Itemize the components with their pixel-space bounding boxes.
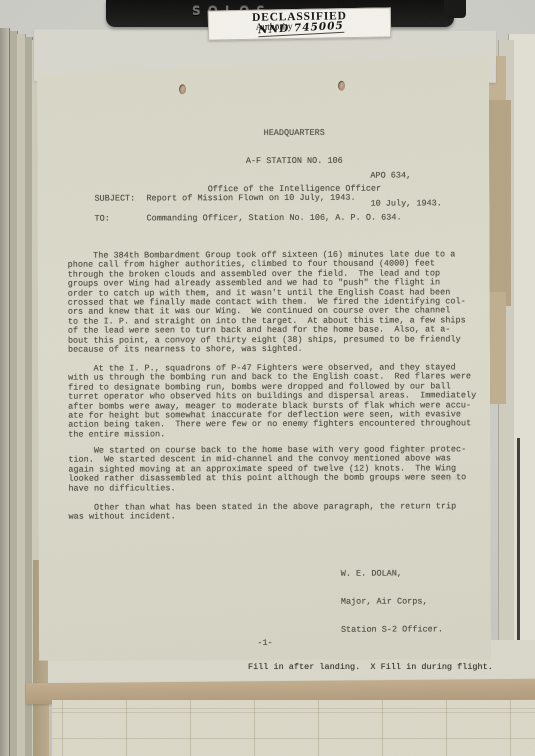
- declassified-stamp: DECLASSIFIED AuthorityNND 745005: [208, 7, 391, 40]
- to-row: TO: Commanding Officer, Station No. 106,…: [94, 213, 494, 224]
- scanner-device-tab: [444, 0, 466, 18]
- apo-line: APO 634,: [370, 171, 441, 181]
- typed-line: was without incident.: [69, 512, 479, 523]
- punch-hole: [179, 84, 186, 94]
- to-text: Commanding Officer, Station No. 106, A. …: [146, 214, 401, 224]
- letterhead-line: HEADQUARTERS: [144, 128, 444, 138]
- declassified-authority: AuthorityNND 745005: [209, 20, 390, 36]
- ghost-line: Major, Air Corps,: [376, 474, 463, 484]
- bleed-through-ghost-text: W. E. DOLAN, Major, Air Corps,: [376, 427, 463, 503]
- signature-title: Station S-2 Officer.: [341, 626, 443, 636]
- scanned-document-photo: Fill in after landing. X Fill in during …: [0, 0, 535, 756]
- typed-line: because of its nearness to shore, was si…: [68, 344, 478, 355]
- subject-text: Report of Mission Flown on 10 July, 1943…: [146, 194, 355, 204]
- body-paragraph-4: Other than what has been stated in the a…: [69, 502, 479, 522]
- to-label: TO:: [94, 214, 146, 224]
- punch-hole: [338, 81, 345, 91]
- document-page: HEADQUARTERS A-F STATION NO. 106 Office …: [37, 57, 491, 661]
- signature-name: W. E. DOLAN,: [341, 569, 443, 579]
- ghost-line: W. E. DOLAN,: [376, 446, 463, 456]
- body-paragraph-1: The 384th Bombardment Group took off six…: [68, 250, 478, 355]
- left-paper-stack-edge: [0, 28, 10, 756]
- subject-label: SUBJECT:: [94, 194, 146, 204]
- subject-row: SUBJECT: Report of Mission Flown on 10 J…: [94, 193, 494, 204]
- signature-rank: Major, Air Corps,: [341, 597, 443, 607]
- page-number: -1-: [39, 638, 491, 649]
- underlying-form-partial-text: Fill in after landing. X Fill in during …: [248, 662, 493, 672]
- underlying-form-grid: [52, 700, 535, 756]
